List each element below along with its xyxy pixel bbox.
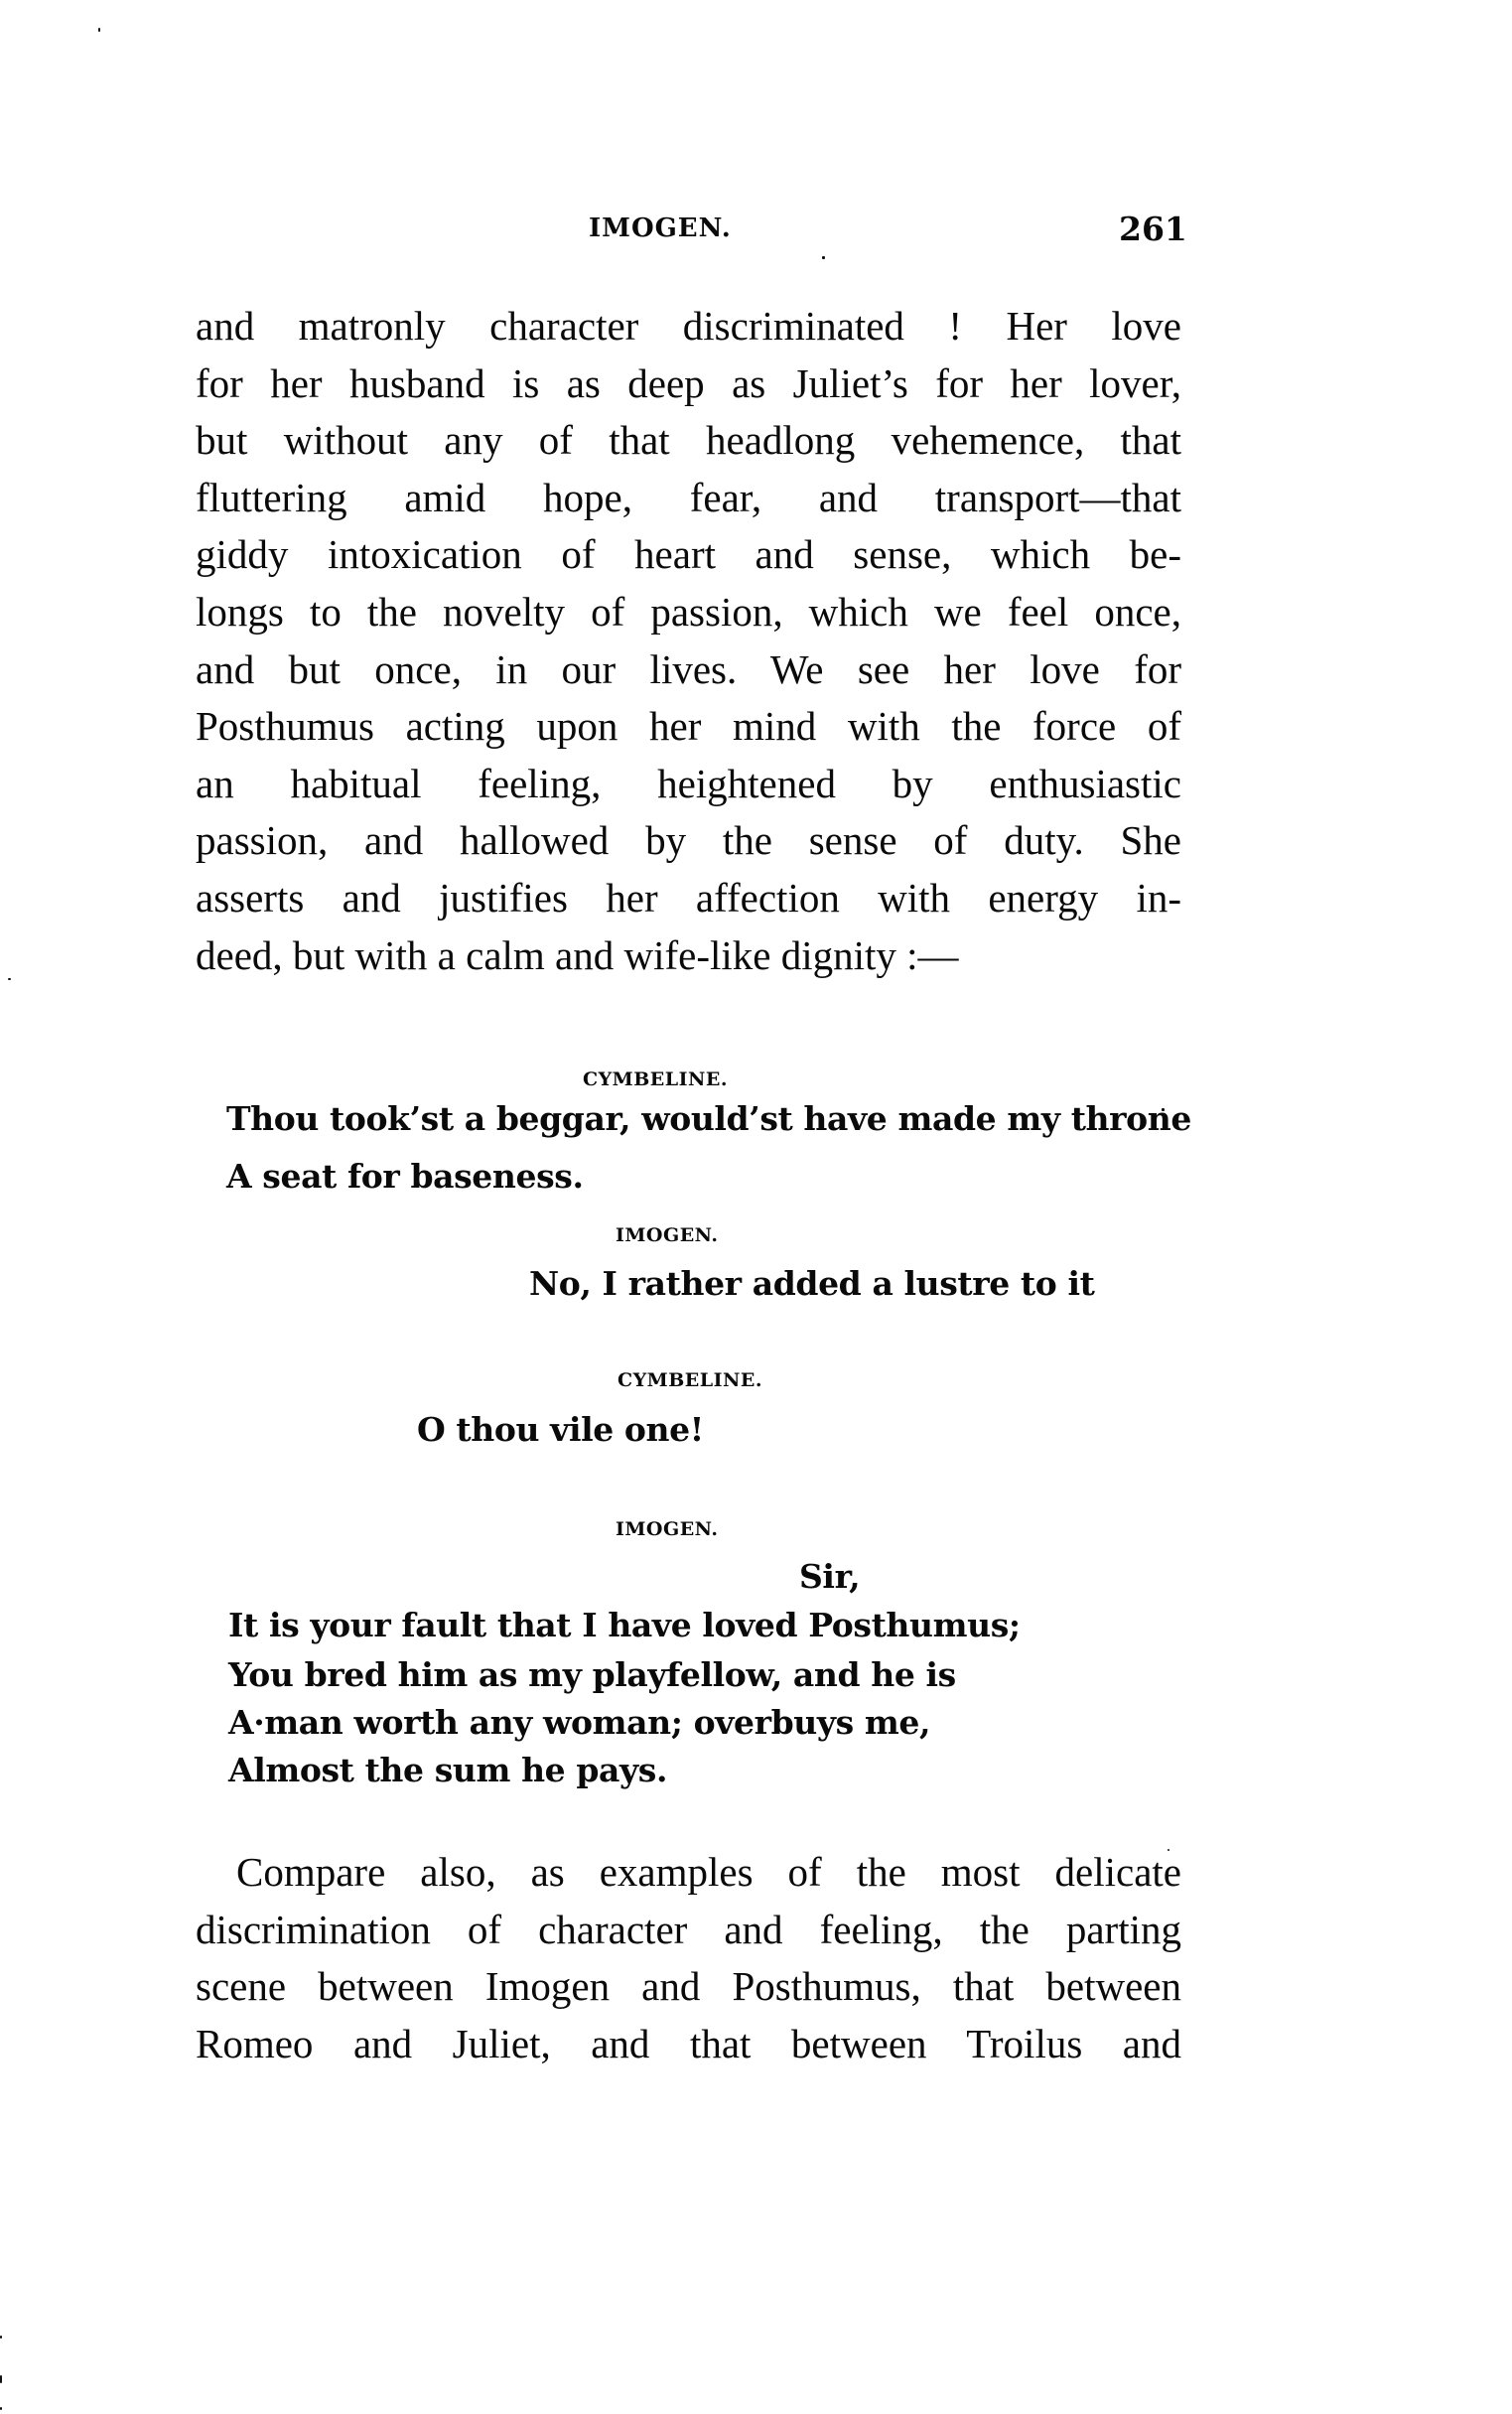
paragraph-line: giddy intoxication of heart and sense, w… [196,526,1181,584]
scan-speck [8,978,11,980]
scan-speck [1162,1108,1165,1111]
verse-line: A·man worth any woman; overbuys me, [228,1706,930,1739]
speaker-label-imogen: IMOGEN. [616,1520,718,1539]
verse-line: You bred him as my playfellow, and he is [228,1658,956,1691]
verse-line: O thou vile one! [417,1413,704,1446]
verse-line: Almost the sum he pays. [228,1754,667,1786]
paragraph-line: deed, but with a calm and wife-like dign… [196,927,1181,985]
book-page: IMOGEN. 261 and matronly character discr… [0,0,1512,2414]
paragraph-line: fluttering amid hope, fear, and transpor… [196,470,1181,527]
verse-line: No, I rather added a lustre to it [529,1267,1094,1300]
paragraph-line: and but once, in our lives. We see her l… [196,641,1181,699]
speaker-label-cymbeline: CYMBELINE. [618,1371,762,1390]
paragraph-line: asserts and justifies her affection with… [196,870,1181,927]
scan-speck [0,2336,2,2339]
verse-line: A seat for baseness. [226,1160,584,1193]
speaker-label-cymbeline: CYMBELINE. [583,1070,728,1089]
scan-speck [0,2375,2,2383]
paragraph-line: passion, and hallowed by the sense of du… [196,812,1181,870]
paragraph-line: but without any of that headlong vehemen… [196,412,1181,470]
paragraph-line: scene between Imogen and Posthumus, that… [196,1958,1181,2016]
paragraph-line: Compare also, as examples of the most de… [196,1844,1181,1902]
paragraph-line: Posthumus acting upon her mind with the … [196,698,1181,756]
speaker-label-imogen: IMOGEN. [616,1226,718,1245]
running-header-title: IMOGEN. [589,215,732,241]
scan-speck [98,28,100,32]
body-paragraph-1: and matronly character discriminated ! H… [196,298,1181,984]
scan-speck [822,256,825,259]
paragraph-line: for her husband is as deep as Juliet’s f… [196,355,1181,413]
verse-line: Thou took’st a beggar, would’st have mad… [226,1102,1191,1135]
scan-speck [0,2407,2,2410]
page-number: 261 [1119,213,1187,245]
verse-line: Sir, [799,1560,860,1593]
paragraph-line: Romeo and Juliet, and that between Troil… [196,2016,1181,2073]
paragraph-line: discrimination of character and feeling,… [196,1902,1181,1959]
paragraph-line: an habitual feeling, heightened by enthu… [196,756,1181,813]
verse-line: It is your fault that I have loved Posth… [228,1609,1021,1641]
paragraph-line: longs to the novelty of passion, which w… [196,584,1181,641]
body-paragraph-2: Compare also, as examples of the most de… [196,1844,1181,2072]
paragraph-line: and matronly character discriminated ! H… [196,298,1181,355]
scan-speck [1168,1849,1169,1851]
